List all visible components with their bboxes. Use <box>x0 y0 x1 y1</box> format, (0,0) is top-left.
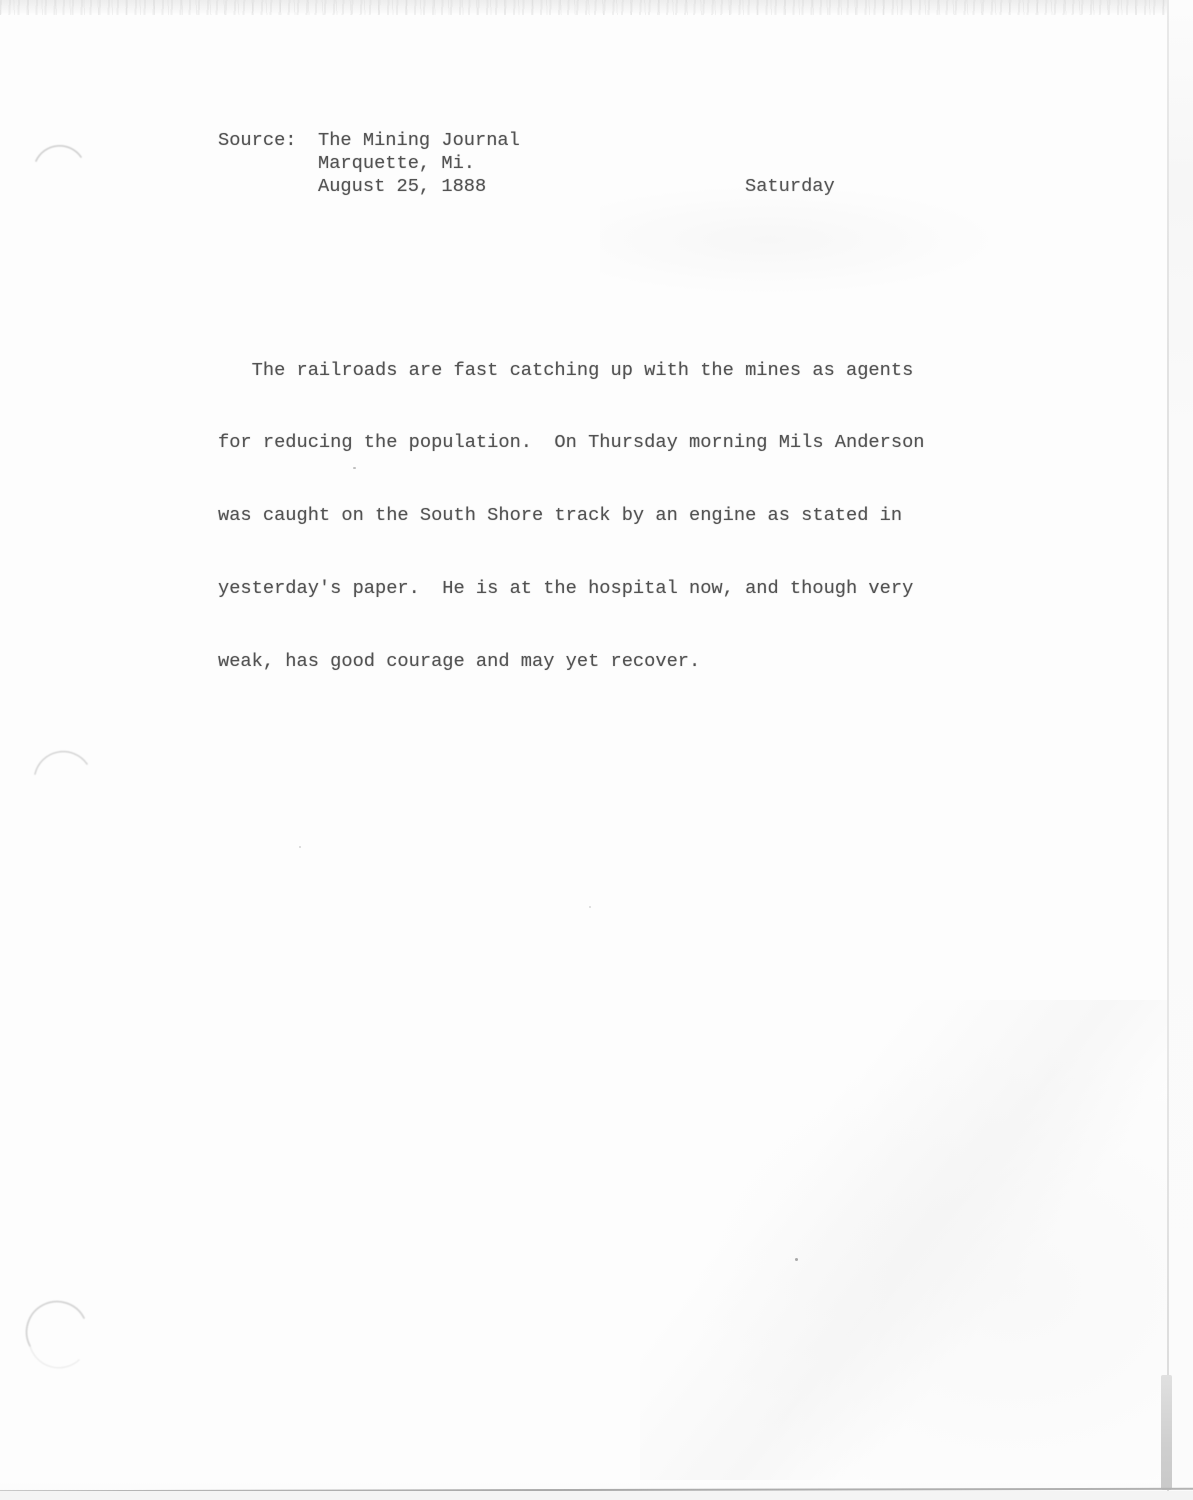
hole-punch-mark-middle <box>35 752 87 774</box>
source-location: Marquette, Mi. <box>318 152 475 175</box>
article-paragraph: The railroads are fast catching up with … <box>218 309 925 722</box>
paper-texture-upper <box>600 180 1020 300</box>
scan-noise-top-edge <box>0 0 1193 15</box>
scanned-page: Source: The Mining Journal Marquette, Mi… <box>0 0 1193 1500</box>
article-line: yesterday's paper. He is at the hospital… <box>218 576 925 600</box>
article-line: for reducing the population. On Thursday… <box>218 430 925 454</box>
article-line: weak, has good courage and may yet recov… <box>218 649 925 673</box>
source-date: August 25, 1888 <box>318 175 486 198</box>
hole-punch-mark-bottom-lower <box>30 1346 79 1368</box>
scan-speck <box>353 467 356 469</box>
hole-punch-mark-bottom <box>27 1302 84 1346</box>
paper-texture-lower-right <box>640 1000 1170 1480</box>
scan-speck <box>299 846 301 848</box>
page-right-edge <box>1167 0 1169 1500</box>
source-label: Source: <box>218 129 297 152</box>
page-right-margin-strip <box>1169 0 1193 1500</box>
article-line: was caught on the South Shore track by a… <box>218 503 925 527</box>
page-right-edge-shadow <box>1161 1375 1172 1490</box>
hole-punch-mark-top <box>36 146 81 161</box>
source-publication: The Mining Journal <box>318 129 520 152</box>
scan-speck <box>589 906 591 908</box>
article-line: The railroads are fast catching up with … <box>218 358 925 382</box>
scan-speck <box>795 1258 798 1261</box>
source-day: Saturday <box>745 175 835 198</box>
hole-punch-marks <box>0 0 1193 1500</box>
scan-background-below-page <box>0 1491 1193 1500</box>
